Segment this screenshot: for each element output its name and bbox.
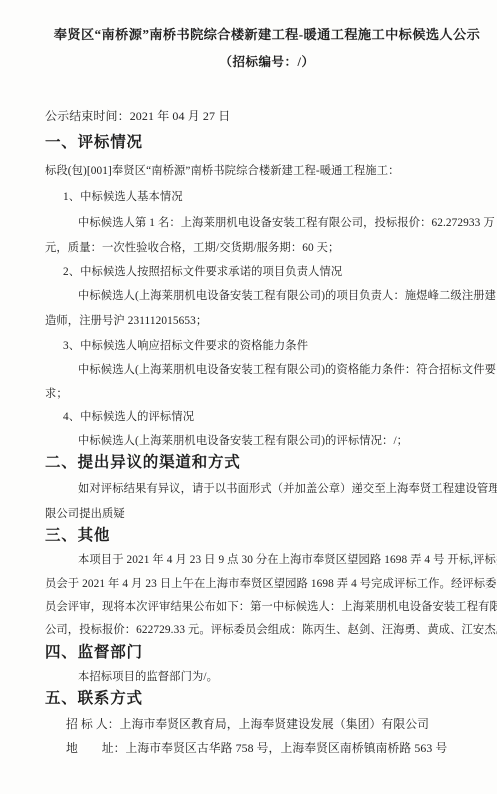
objection-text-line: 限公司提出质疑 [45, 507, 125, 522]
lot-description: 标段(包)[001]奉贤区“南桥源”南桥书院综合楼新建工程-暖通工程施工： [45, 164, 400, 179]
section-5-heading: 五、联系方式 [45, 691, 143, 706]
other-text-line: 员会于 2021 年 4 月 23 日上午在上海市奉贤区望园路 1698 弄 4… [45, 577, 497, 592]
item-1-title: 1、中标候选人基本情况 [63, 190, 183, 205]
item-2-title: 2、中标候选人按照招标文件要求承诺的项目负责人情况 [63, 265, 342, 280]
other-text-line: 公司，投标报价：622729.33 元。评标委员会组成：陈丙生、赵剑、汪海勇、黄… [45, 623, 497, 638]
publicity-end-time: 公示结束时间：2021 年 04 月 27 日 [45, 109, 230, 124]
section-2-heading: 二、提出异议的渠道和方式 [45, 455, 241, 470]
item-4-title: 4、中标候选人的评标情况 [63, 410, 194, 425]
objection-text-line: 如对评标结果有异议，请于以书面形式（并加盖公章）递交至上海奉贤工程建设管理有 [78, 482, 497, 497]
item-2-text-line: 中标候选人(上海莱朋机电设备安装工程有限公司)的项目负责人：施煜峰二级注册建 [78, 289, 496, 304]
other-text-line: 本项目于 2021 年 4 月 23 日 9 点 30 分在上海市奉贤区望园路 … [78, 553, 497, 568]
other-text-line: 员会评审，现将本次评审结果公布如下：第一中标候选人：上海莱朋机电设备安装工程有限 [45, 600, 497, 615]
tender-number: （招标编号：/） [45, 55, 489, 70]
document-page: 奉贤区“南桥源”南桥书院综合楼新建工程-暖通工程施工中标候选人公示 （招标编号：… [0, 0, 497, 794]
document-title: 奉贤区“南桥源”南桥书院综合楼新建工程-暖通工程施工中标候选人公示 [45, 27, 489, 42]
item-1-text-line: 中标候选人第 1 名：上海莱朋机电设备安装工程有限公司，投标报价：62.2729… [78, 216, 495, 231]
bidder-contact-line: 招 标 人：上海市奉贤区教育局，上海奉贤建设发展（集团）有限公司 [66, 717, 429, 732]
item-3-text-line: 求； [45, 387, 68, 402]
section-1-heading: 一、评标情况 [45, 135, 143, 150]
section-4-heading: 四、监督部门 [45, 645, 143, 660]
item-2-text-line: 造师，注册号沪 231112015653； [45, 314, 207, 329]
section-3-heading: 三、其他 [45, 528, 110, 543]
item-4-text-line: 中标候选人(上海莱朋机电设备安装工程有限公司)的评标情况：/； [78, 434, 408, 449]
supervision-text-line: 本招标项目的监督部门为/。 [78, 670, 218, 685]
item-3-title: 3、中标候选人响应招标文件要求的资格能力条件 [63, 339, 308, 354]
address-contact-line: 地 址：上海市奉贤区古华路 758 号，上海奉贤区南桥镇南桥路 563 号 [66, 741, 447, 756]
item-1-text-line: 元，质量：一次性验收合格，工期/交货期/服务期：60 天； [45, 241, 339, 256]
item-3-text-line: 中标候选人(上海莱朋机电设备安装工程有限公司)的资格能力条件：符合招标文件要 [78, 363, 496, 378]
